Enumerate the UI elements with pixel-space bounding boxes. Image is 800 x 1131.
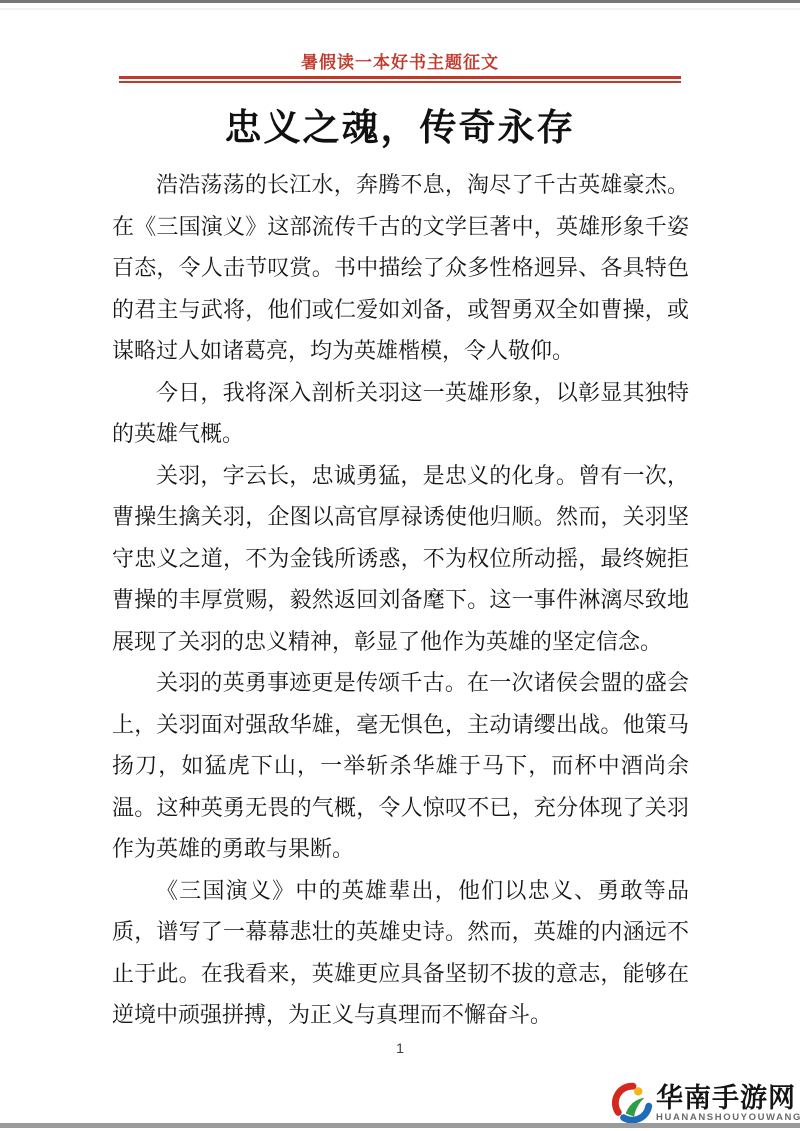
page-top-faint-line — [0, 8, 800, 10]
page-top-edge — [0, 0, 800, 3]
essay-body: 浩浩荡荡的长江水，奔腾不息，淘尽了千古英雄豪杰。在《三国演义》这部流传千古的文学… — [112, 164, 689, 1036]
page-number: 1 — [0, 1040, 800, 1056]
header-title: 暑假读一本好书主题征文 — [0, 48, 800, 73]
watermark-name: 华南手游网 — [656, 1084, 796, 1112]
watermark-text-block: 华南手游网 HUANANSHOUYOUWANG — [656, 1084, 800, 1123]
document-page: 暑假读一本好书主题征文 忠义之魂，传奇永存 浩浩荡荡的长江水，奔腾不息，淘尽了千… — [0, 0, 800, 1131]
essay-paragraph-5: 《三国演义》中的英雄辈出，他们以忠义、勇敢等品质，谱写了一幕幕悲壮的英雄史诗。然… — [112, 870, 689, 1036]
essay-title: 忠义之魂，传奇永存 — [0, 97, 800, 151]
essay-paragraph-2: 今日，我将深入剖析关羽这一英雄形象，以彰显其独特的英雄气概。 — [112, 372, 689, 455]
page-bottom-edge — [0, 1123, 800, 1128]
watermark-subtitle: HUANANSHOUYOUWANG — [656, 1112, 800, 1123]
header-double-rule — [119, 76, 681, 83]
essay-paragraph-4: 关羽的英勇事迹更是传颂千古。在一次诸侯会盟的盛会上，关羽面对强敌华雄，毫无惧色，… — [112, 662, 689, 870]
essay-paragraph-1: 浩浩荡荡的长江水，奔腾不息，淘尽了千古英雄豪杰。在《三国演义》这部流传千古的文学… — [112, 164, 689, 372]
watermark-logo-icon — [612, 1082, 654, 1124]
watermark: 华南手游网 HUANANSHOUYOUWANG — [612, 1082, 800, 1124]
essay-paragraph-3: 关羽，字云长，忠诚勇猛，是忠义的化身。曾有一次，曹操生擒关羽，企图以高官厚禄诱使… — [112, 455, 689, 663]
